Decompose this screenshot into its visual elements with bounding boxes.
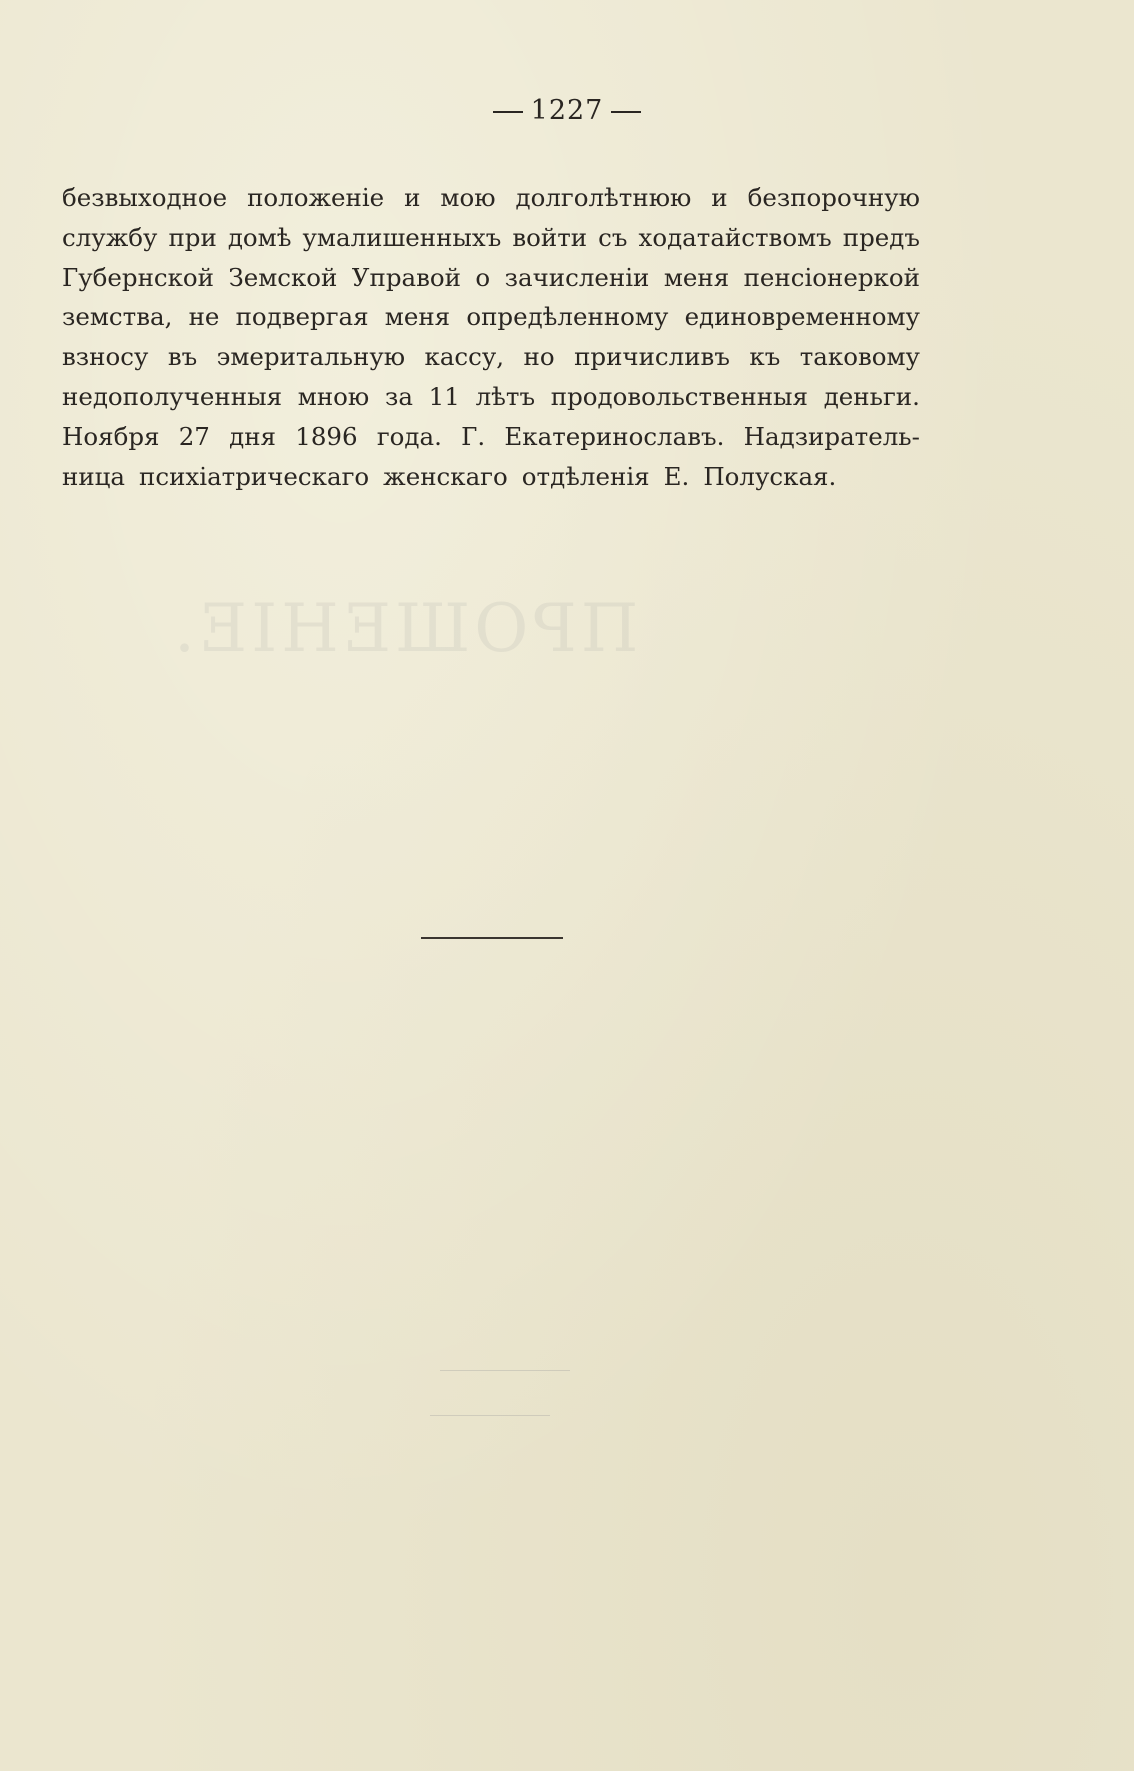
word: мою [440,178,495,218]
scanned-page: ПРОШЕНІЕ. 1227 безвыходное положеніе и м… [0,0,1134,1771]
word: Екатеринославъ. [504,417,724,457]
word: домѣ [228,218,292,258]
word: положеніе [247,178,384,218]
word: при [168,218,216,258]
text-line: Губернской Земской Управой о зачисленіи … [62,258,920,298]
text-line: службу при домѣ умалишенныхъ войти съ хо… [62,218,920,258]
word: деньги. [824,377,920,417]
word: долголѣтнюю [515,178,691,218]
word: Г. [461,417,485,457]
word: отдѣленія [522,457,650,497]
word: Губернской [62,258,214,298]
dash-left [493,111,523,113]
word: къ [749,337,780,377]
word: о [475,258,490,298]
bleed-through-heading: ПРОШЕНІЕ. [170,590,638,667]
section-divider-rule [421,937,563,939]
word: войти [512,218,587,258]
word: и [404,178,420,218]
text-line: безвыходное положеніе и мою долголѣтнюю … [62,178,920,218]
word: зачисленіи [505,258,650,298]
word: съ [598,218,627,258]
word: умалишенныхъ [303,218,502,258]
word: 27 [179,417,210,457]
page-number-value: 1227 [531,95,604,126]
word: службу [62,218,157,258]
word: предъ [843,218,920,258]
bleed-through-rule [430,1415,550,1416]
word: ходатайствомъ [639,218,832,258]
word: Управой [352,258,461,298]
word: Земской [228,258,337,298]
word: недополученныя [62,377,282,417]
word: меня [664,258,729,298]
word: взносу [62,337,148,377]
signature-name: Полуская. [703,457,836,497]
word: безвыходное [62,178,227,218]
word: кассу, [425,337,505,377]
word: опредѣленному [466,297,668,337]
word: меня [385,297,450,337]
word: эмеритальную [217,337,405,377]
dash-right [611,111,641,113]
word: Е. [664,457,690,497]
text-line: взносу въ эмеритальную кассу, но причисл… [62,337,920,377]
word: дня [229,417,276,457]
word: 1896 [295,417,357,457]
page-number: 1227 [0,95,1134,126]
word: мною [298,377,369,417]
body-text: безвыходное положеніе и мою долголѣтнюю … [62,178,920,496]
text-line: Ноября 27 дня 1896 года. Г. Екатериносла… [62,417,920,457]
word: за [385,377,413,417]
word: въ [168,337,197,377]
word: ница [62,457,125,497]
word: Ноября [62,417,159,457]
bleed-through-rule [440,1370,570,1371]
word: подвергая [236,297,369,337]
word: 11 [429,377,460,417]
word: женскаго [383,457,508,497]
word: безпорочную [748,178,920,218]
word: психіатрическаго [139,457,369,497]
text-line: ница психіатрическаго женскаго отдѣленія… [62,457,920,497]
text-line: земства, не подвергая меня опредѣленному… [62,297,920,337]
word: продовольственныя [551,377,808,417]
word: причисливъ [574,337,730,377]
word: лѣтъ [476,377,535,417]
word: единовременному [685,297,920,337]
word: года. [377,417,442,457]
word: но [524,337,555,377]
word: не [189,297,220,337]
word: земства, [62,297,172,337]
word: пенсіонеркой [744,258,920,298]
text-line: недополученныя мною за 11 лѣтъ продоволь… [62,377,920,417]
word: и [711,178,727,218]
word: таковому [800,337,920,377]
word: Надзиратель- [744,417,920,457]
